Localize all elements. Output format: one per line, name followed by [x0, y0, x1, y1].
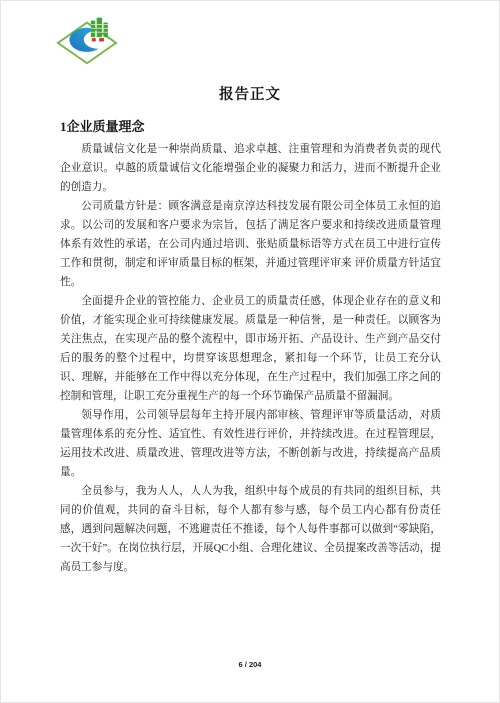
paragraph-leadership: 领导作用，公司领导层每年主持开展内部审核、管理评审等质量活动，对质量管理体系的充…: [60, 406, 441, 482]
paragraph-overall-improve: 全面提升企业的管控能力、企业员工的质量责任感，体现企业存在的意义和价值，才能实现…: [60, 292, 441, 406]
page-number: 6 / 204: [1, 660, 499, 669]
paragraph-quality-culture: 质量诚信文化是一种崇尚质量、追求卓越、注重管理和为消费者负责的现代企业意识。卓越…: [60, 140, 441, 197]
paragraph-quality-policy: 公司质量方针是：顾客满意是南京淳达科技发展有限公司全体员工永恒的追求。以公司的发…: [60, 197, 441, 292]
company-logo-icon: [56, 15, 118, 65]
report-body: 质量诚信文化是一种崇尚质量、追求卓越、注重管理和为消费者负责的现代企业意识。卓越…: [60, 140, 441, 577]
paragraph-full-participation: 全员参与，我为人人，人人为我，组织中每个成员的有共同的组织目标，共同的价值观，共…: [60, 482, 441, 577]
section-heading: 1企业质量理念: [60, 116, 440, 135]
logo-towers: [91, 18, 108, 42]
document-page: 报告正文 1企业质量理念 质量诚信文化是一种崇尚质量、追求卓越、注重管理和为消费…: [0, 0, 500, 703]
